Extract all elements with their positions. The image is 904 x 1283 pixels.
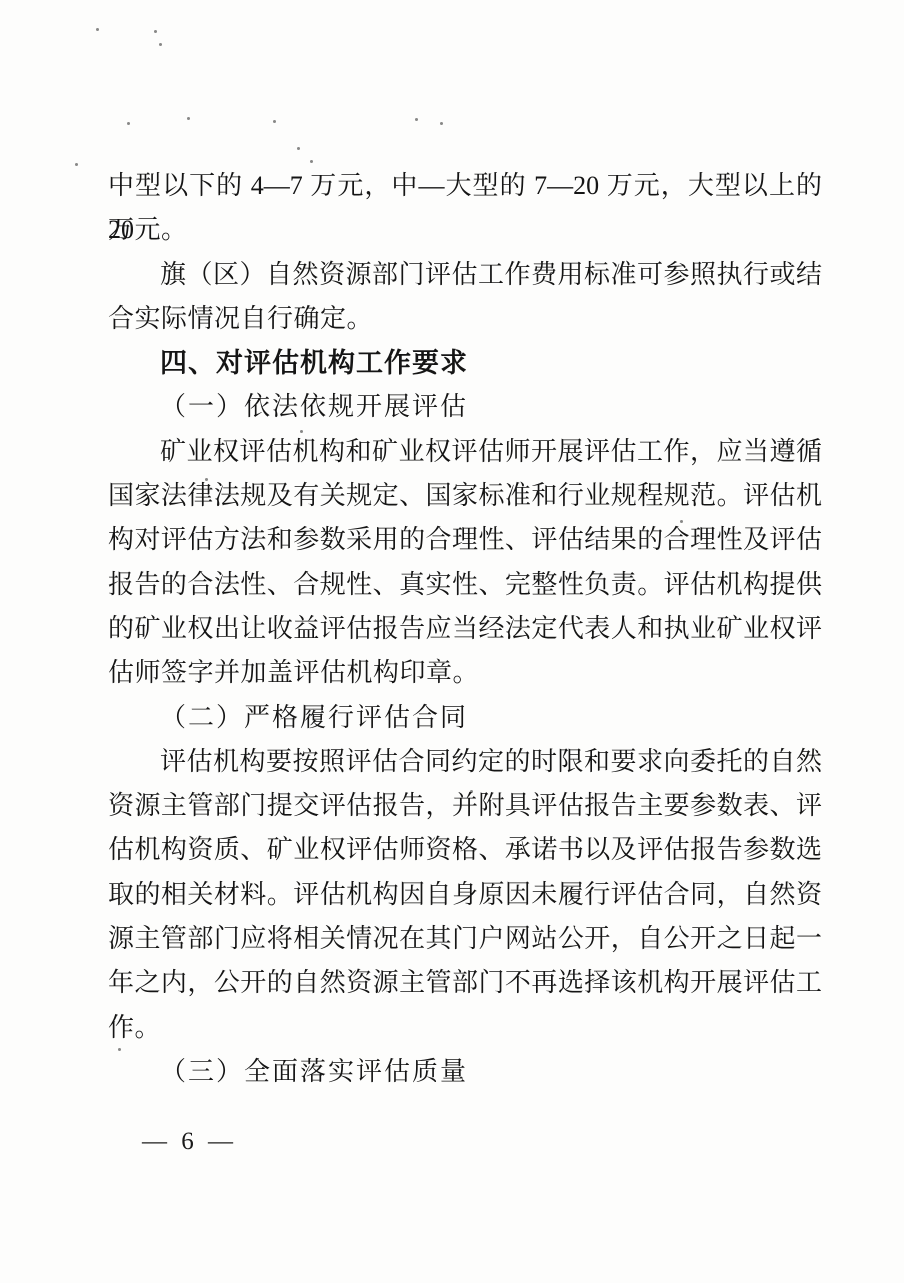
body-line: 估机构资质、矿业权评估师资格、承诺书以及评估报告参数选 xyxy=(108,828,822,872)
scan-noise-speck xyxy=(75,163,78,166)
scan-noise-speck xyxy=(415,118,418,121)
scanned-document-page: 中型以下的 4—7 万元，中—大型的 7—20 万元，大型以上的 20万元。旗（… xyxy=(0,0,904,1283)
body-line: 取的相关材料。评估机构因自身原因未履行评估合同，自然资 xyxy=(108,873,822,917)
body-line: 构对评估方法和参数采用的合理性、评估结果的合理性及评估 xyxy=(108,518,822,562)
page-number: — 6 — xyxy=(142,1128,237,1156)
scan-noise-speck xyxy=(297,147,300,150)
scan-noise-speck xyxy=(440,122,443,125)
subsection-heading: （二）严格履行评估合同 xyxy=(108,696,822,740)
scan-noise-speck xyxy=(159,43,162,46)
section-heading: 四、对评估机构工作要求 xyxy=(108,341,822,385)
body-line: 的矿业权出让收益评估报告应当经法定代表人和执业矿业权评 xyxy=(108,607,822,651)
scan-noise-speck xyxy=(127,122,130,125)
body-line: 估师签字并加盖评估机构印章。 xyxy=(108,651,822,695)
body-line: 作。 xyxy=(108,1006,822,1050)
body-line: 评估机构要按照评估合同约定的时限和要求向委托的自然 xyxy=(108,740,822,784)
body-line: 矿业权评估机构和矿业权评估师开展评估工作，应当遵循 xyxy=(108,430,822,474)
text-body: 中型以下的 4—7 万元，中—大型的 7—20 万元，大型以上的 20万元。旗（… xyxy=(108,164,822,1094)
body-line: 报告的合法性、合规性、真实性、完整性负责。评估机构提供 xyxy=(108,563,822,607)
body-line: 旗（区）自然资源部门评估工作费用标准可参照执行或结 xyxy=(108,253,822,297)
body-line: 源主管部门应将相关情况在其门户网站公开，自公开之日起一 xyxy=(108,917,822,961)
body-line: 合实际情况自行确定。 xyxy=(108,297,822,341)
scan-noise-speck xyxy=(273,120,276,123)
subsection-heading: （三）全面落实评估质量 xyxy=(108,1050,822,1094)
subsection-heading: （一）依法依规开展评估 xyxy=(108,385,822,429)
body-line: 中型以下的 4—7 万元，中—大型的 7—20 万元，大型以上的 20 xyxy=(108,164,822,208)
scan-noise-speck xyxy=(310,160,313,163)
body-line: 万元。 xyxy=(108,208,822,252)
body-line: 资源主管部门提交评估报告，并附具评估报告主要参数表、评 xyxy=(108,784,822,828)
scan-noise-speck xyxy=(154,30,157,33)
scan-noise-speck xyxy=(96,28,99,31)
body-line: 年之内，公开的自然资源主管部门不再选择该机构开展评估工 xyxy=(108,961,822,1005)
body-line: 国家法律法规及有关规定、国家标准和行业规程规范。评估机 xyxy=(108,474,822,518)
scan-noise-speck xyxy=(187,117,190,120)
